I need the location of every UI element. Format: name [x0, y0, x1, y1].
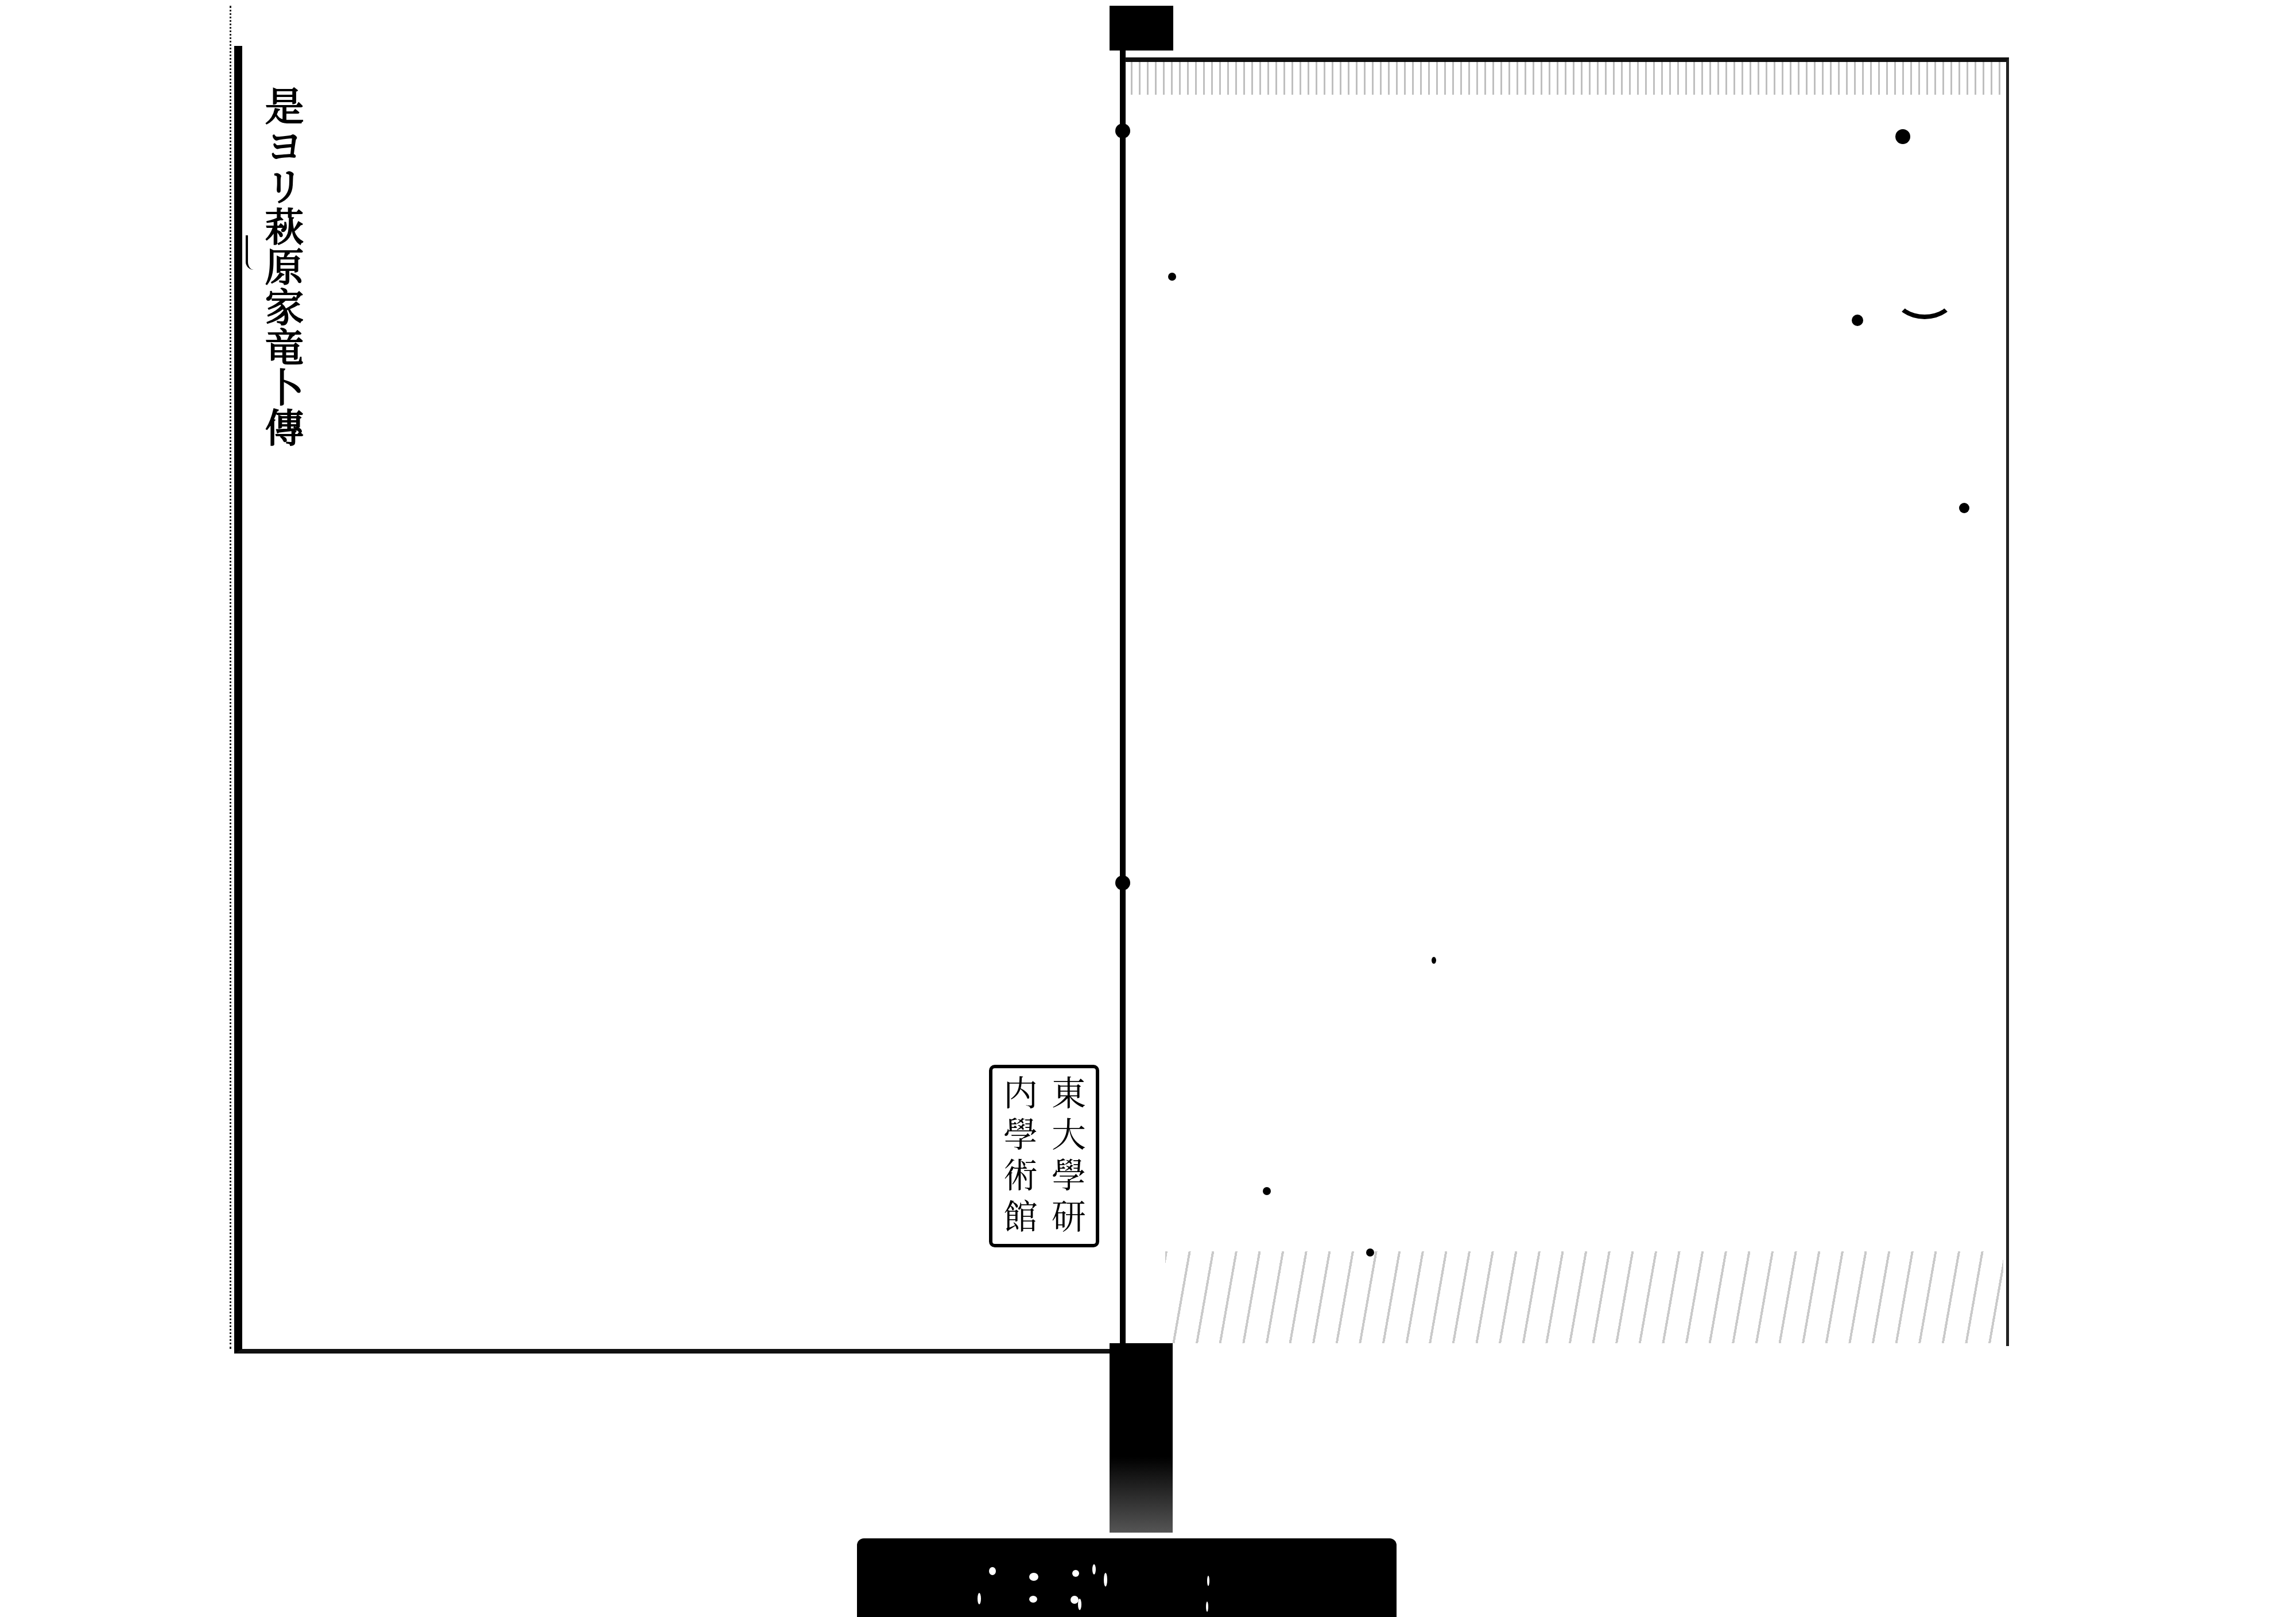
- holder-hole: [1029, 1573, 1038, 1581]
- ink-spot: [1263, 1187, 1271, 1195]
- holder-hole: [1071, 1596, 1079, 1604]
- ink-spot: [1432, 957, 1436, 964]
- holder-hole: [1207, 1576, 1209, 1586]
- seal-char: 術: [998, 1156, 1043, 1197]
- worm-hole: [1895, 129, 1910, 144]
- seal-char: 東: [1046, 1074, 1091, 1115]
- right-page: [1125, 57, 2009, 1346]
- holder-hole: [1072, 1570, 1079, 1577]
- holder-hole: [989, 1567, 996, 1575]
- holder-hole: [1104, 1573, 1107, 1587]
- left-page-title: 是ヨリ萩原家竜卜傳: [258, 86, 304, 448]
- seal-column-left: 内 學 術 館: [998, 1074, 1043, 1238]
- ink-spot: [1959, 503, 1969, 513]
- seal-char: 學: [998, 1115, 1043, 1157]
- page-top-stain: [1131, 60, 2003, 95]
- holder-hole: [1092, 1564, 1096, 1575]
- holder-hole: [1029, 1596, 1037, 1603]
- seal-column-right: 東 大 學 研: [1046, 1074, 1091, 1238]
- holder-hole: [1206, 1602, 1208, 1612]
- bottom-edge-damage: [1165, 1251, 2003, 1343]
- holder-hole: [978, 1593, 981, 1604]
- left-page: [234, 46, 1121, 1354]
- seal-char: 研: [1046, 1197, 1091, 1239]
- worm-track: [1894, 276, 1955, 319]
- library-seal: 東 大 學 研 内 學 術 館: [989, 1065, 1099, 1247]
- seal-char: 大: [1046, 1115, 1091, 1157]
- ink-spot: [1852, 315, 1863, 326]
- spine-clip-bottom: [1110, 1343, 1173, 1533]
- seal-char: 内: [998, 1074, 1043, 1115]
- spine-clip-top: [1110, 6, 1173, 51]
- scanner-holder: [857, 1538, 1397, 1617]
- scanned-page-spread: 是ヨリ萩原家竜卜傳 東 大 學 研 内 學 術 館: [0, 0, 2296, 1617]
- seal-char: 學: [1046, 1156, 1091, 1197]
- margin-mark: [246, 235, 254, 270]
- seal-char: 館: [998, 1197, 1043, 1239]
- ink-spot: [1168, 273, 1176, 281]
